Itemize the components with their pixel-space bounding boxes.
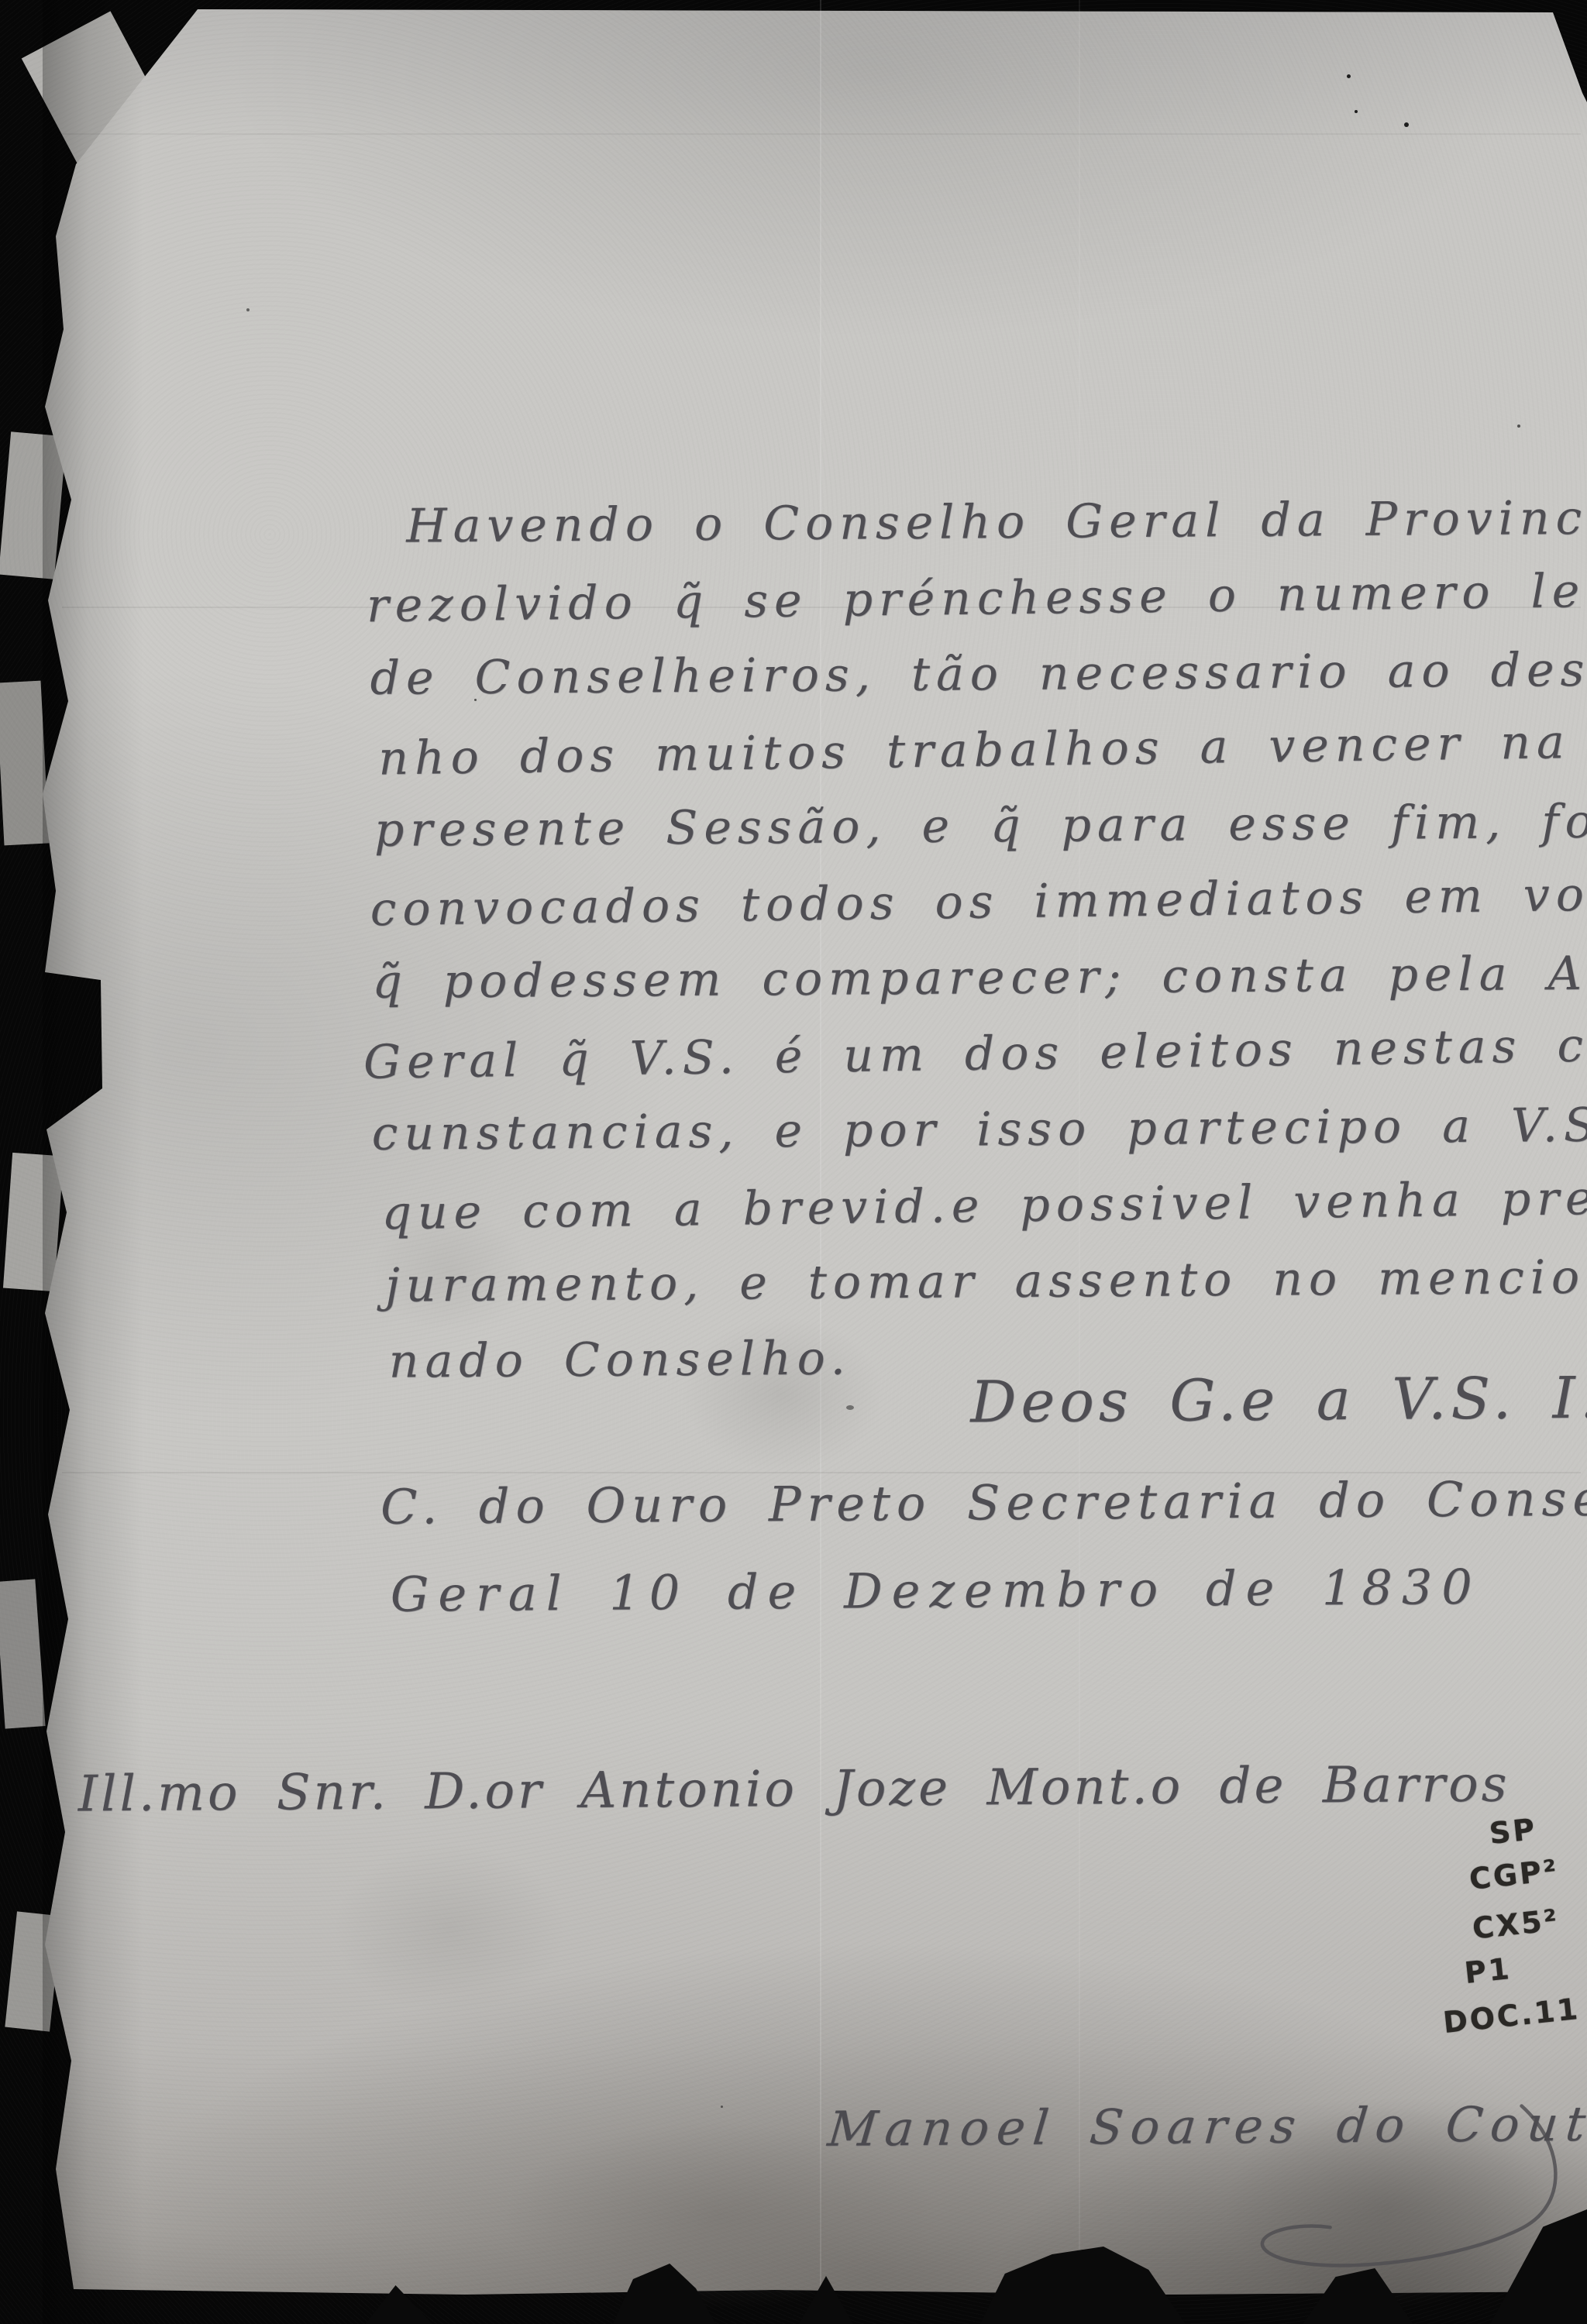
manuscript-line: que com a brevid.e possivel venha presta… (381, 1169, 1587, 1241)
archival-line-p: P1 (1463, 1951, 1513, 1990)
manuscript-line: juramento, e tomar assento no mencio- (385, 1250, 1587, 1314)
manuscript-line: nho dos muitos trabalhos a vencer na — (378, 713, 1587, 786)
manuscript-line: nado Conselho. (389, 1330, 852, 1389)
place-date-line-1: C. do Ouro Preto Secretaria do Conselho (380, 1470, 1587, 1536)
manuscript-line: Geral q̃ V.S. é um dos eleitos nestas ci… (363, 1016, 1587, 1090)
manuscript-line: de Conselheiros, tão necessario ao desem… (370, 641, 1587, 706)
archival-line-sp: SP (1488, 1812, 1538, 1851)
signature-flourish (1211, 2071, 1585, 2305)
manuscript-line: q̃ podessem comparecer; consta pela Acta (372, 945, 1587, 1010)
addressee-line: Ill.mo Snr. D.or Antonio Joze Mont.o de … (77, 1755, 1510, 1825)
manuscript-line: rezolvido q̃ se prénchesse o numero lega… (367, 562, 1587, 634)
manuscript-line: convocados todos os immediatos em votos (370, 866, 1587, 938)
manuscript-line: presente Sessão, e q̃ para esse fim, for… (374, 793, 1587, 858)
manuscript-text: Havendo o Conselho Geral da Provincia re… (0, 0, 1587, 2324)
manuscript-line: cunstancias, e por isso partecipo a V.S.… (371, 1097, 1587, 1162)
place-date-line-2: Geral 10 de Dezembro de 1830 (391, 1559, 1482, 1624)
scanned-document: Havendo o Conselho Geral da Provincia re… (0, 0, 1587, 2324)
valediction-line: Deos G.e a V.S. I. (970, 1364, 1587, 1437)
manuscript-line: Havendo o Conselho Geral da Provincia (406, 490, 1587, 554)
